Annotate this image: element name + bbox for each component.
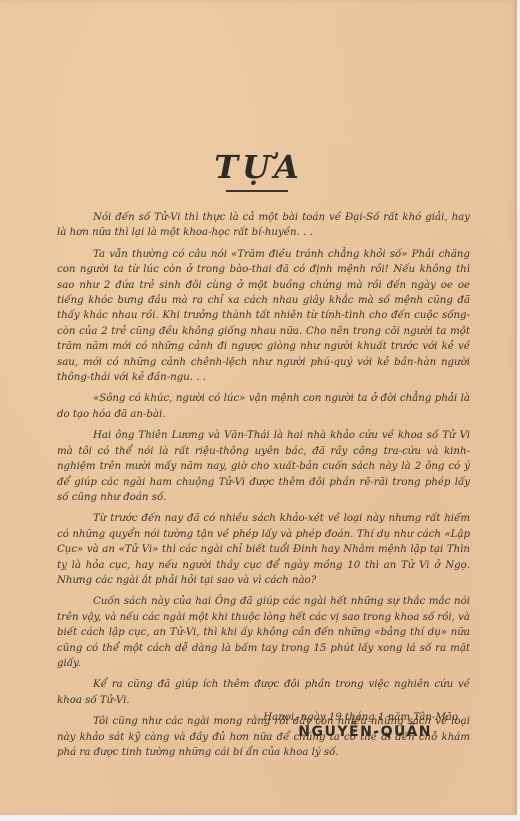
paragraph: Ta vẫn thường có câu nói «Trăm điều trán… (57, 247, 470, 386)
paragraph: Từ trước đến nay đã có nhiều sách khảo-x… (57, 511, 470, 588)
page-title: TỰA (0, 148, 517, 186)
author-signature: NGUYỄN-QUÂN (0, 724, 432, 740)
paragraph: Cuốn sách này của hai Ông đã giúp các ng… (57, 594, 470, 671)
scanned-page: TỰA Nói đến số Tử-Vi thì thực là cả một … (0, 0, 517, 815)
date-line: Hanoi, ngày 19 tháng 1 năm Tân-Mão (0, 712, 458, 723)
paragraph: Hai ông Thiên Lương và Văn-Thái là hai n… (57, 428, 470, 505)
preface-body: Nói đến số Tử-Vi thì thực là cả một bài … (57, 210, 470, 766)
title-underline (226, 190, 288, 192)
paragraph: «Sông có khúc, người có lúc» vận mệnh co… (57, 391, 470, 422)
paragraph: Kể ra cũng đã giúp ích thêm được đôi phầ… (57, 677, 470, 708)
paragraph: Nói đến số Tử-Vi thì thực là cả một bài … (57, 210, 470, 241)
